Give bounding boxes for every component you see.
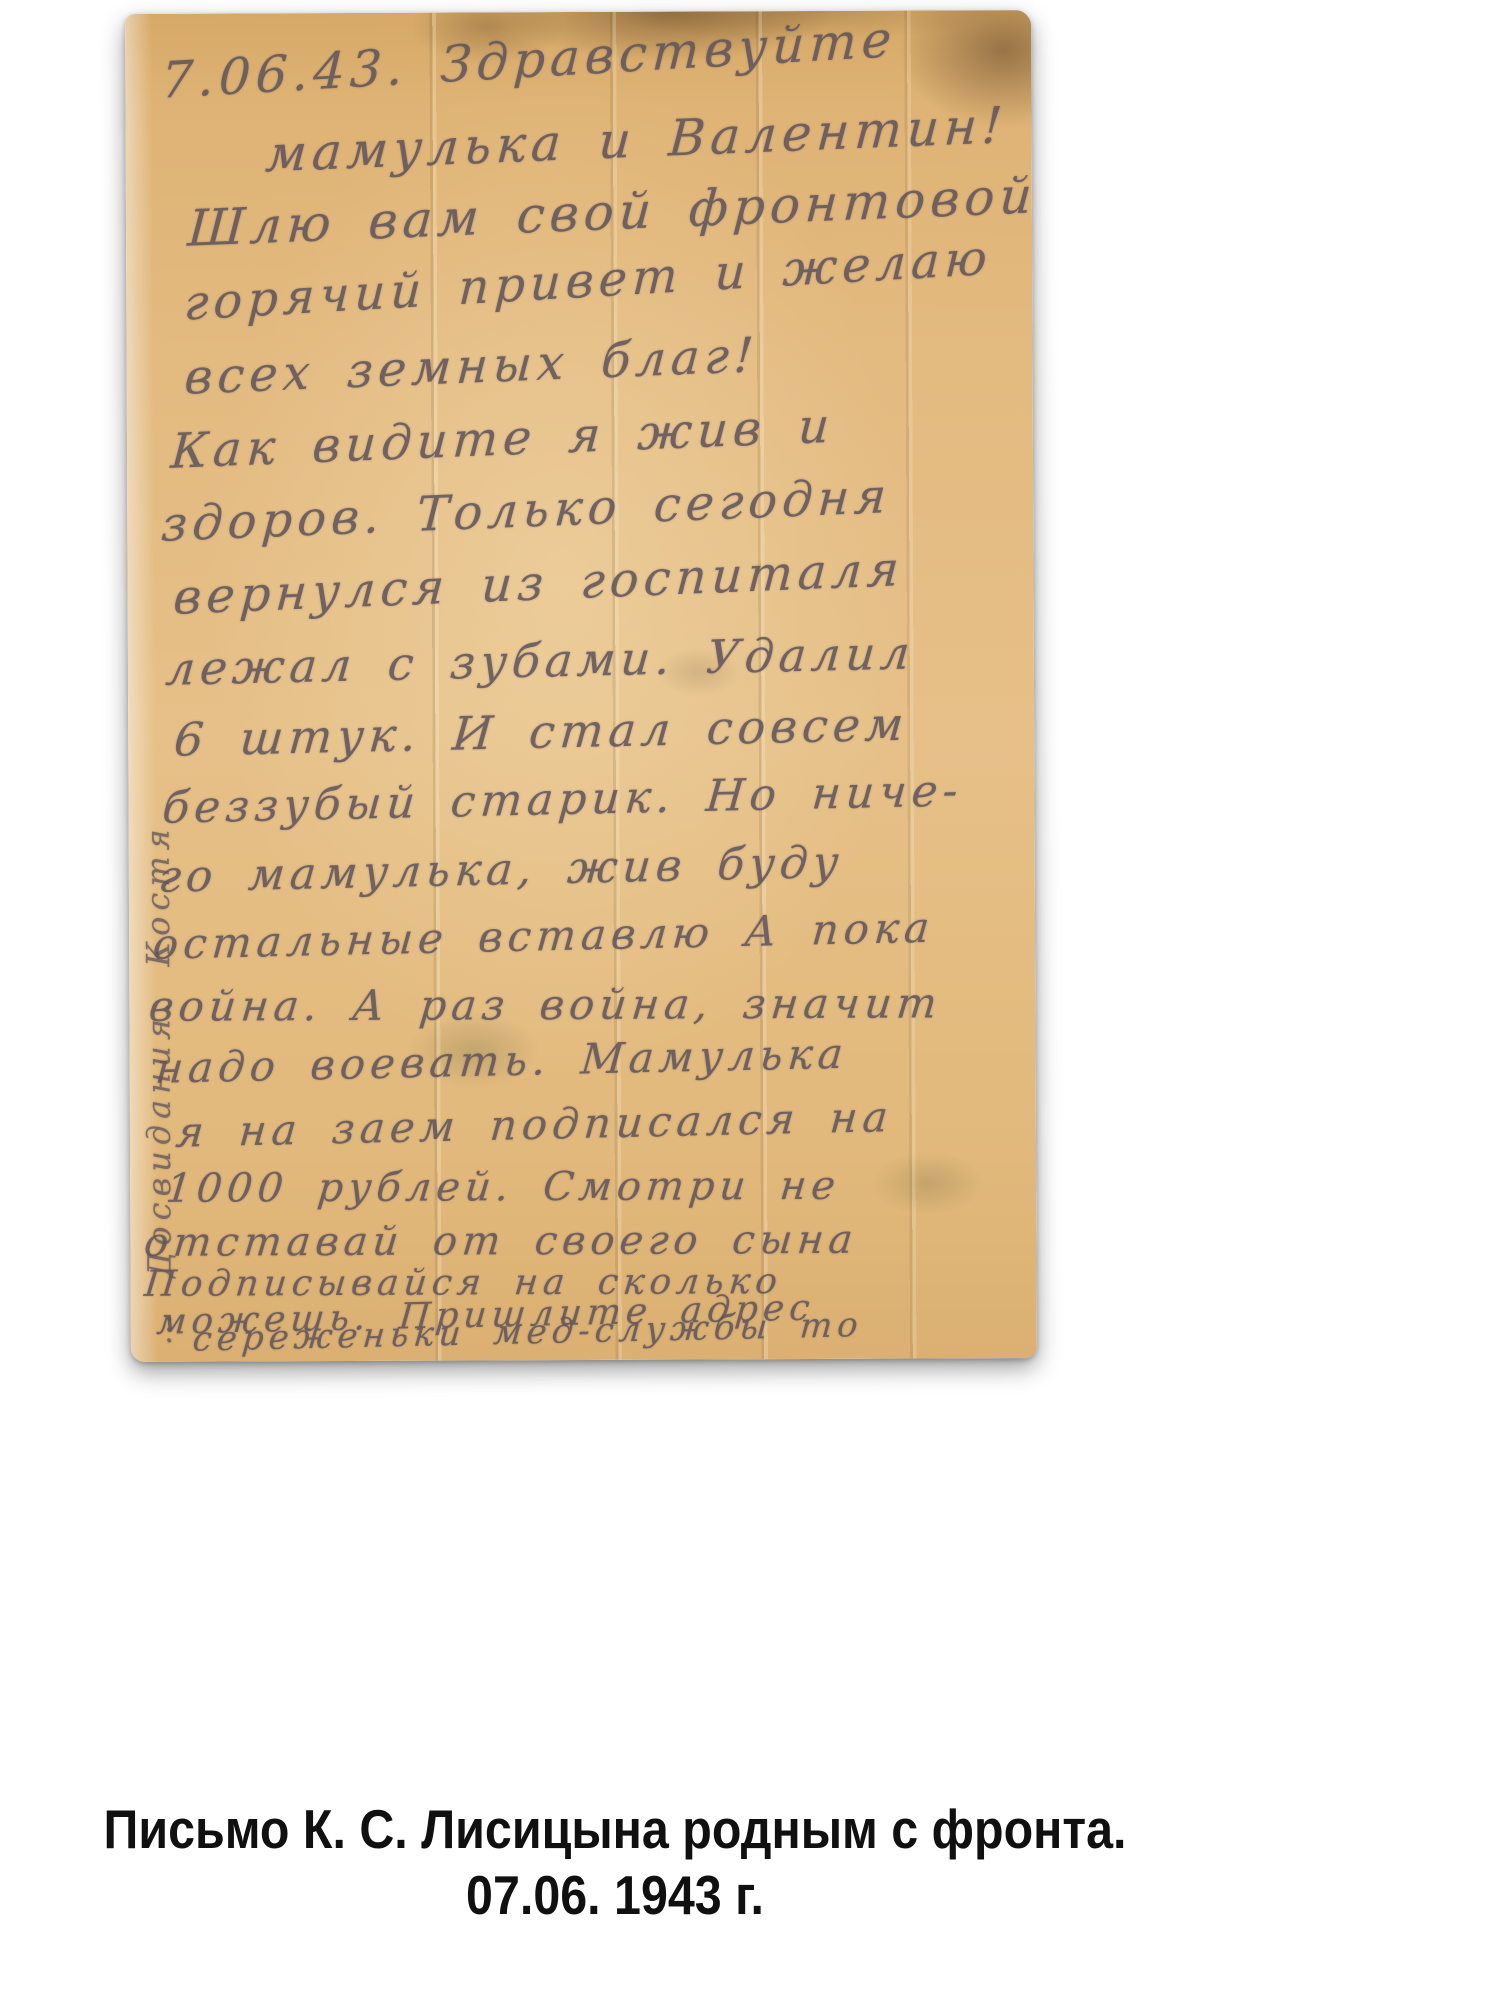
handwriting-line-5: всех земных благ!: [183, 327, 760, 406]
handwriting-line-7: здоров. Только сегодня: [159, 468, 892, 553]
handwriting-line-17: 1000 рублей. Смотри не: [164, 1163, 843, 1212]
caption-date: 07.06. 1943 г.: [74, 1862, 1156, 1928]
handwriting-line-6: Как видите я жив и: [169, 398, 836, 480]
caption-title: Письмо К. С. Лисицына родным с фронта.: [74, 1796, 1156, 1862]
handwriting-line-9: лежал с зубами. Удалил: [164, 625, 917, 695]
handwriting-line-1: 7.06.43. Здравствуйте: [160, 10, 898, 110]
handwriting-line-15: надо воевать. Мамулька: [154, 1029, 850, 1093]
handwriting-line-16: я на заем подписался на: [174, 1092, 895, 1157]
handwriting-line-10: 6 штук. И стал совсем: [172, 697, 911, 767]
handwriting-line-8: вернулся из госпиталя: [172, 541, 906, 626]
handwriting-line-13: остальные вставлю А пока: [151, 903, 936, 969]
handwriting-line-11: беззубый старик. Но ниче-: [160, 765, 964, 834]
handwriting-line-18: отставай от своего сына: [142, 1217, 860, 1266]
handwriting-line-12: го мамулька, жив буду: [157, 837, 846, 903]
handwriting-line-14: война. А раз война, значит: [147, 978, 944, 1030]
handwriting-line-2: мамулька и Валентин!: [264, 96, 1009, 183]
handwritten-text-block: 7.06.43. Здравствуйтемамулька и Валентин…: [125, 10, 1031, 14]
margin-vertical-text: … Досвидания. Костя: [139, 823, 179, 1346]
caption: Письмо К. С. Лисицына родным с фронта. 0…: [74, 1796, 1156, 1928]
letter-scan: 7.06.43. Здравствуйтемамулька и Валентин…: [125, 10, 1037, 1362]
